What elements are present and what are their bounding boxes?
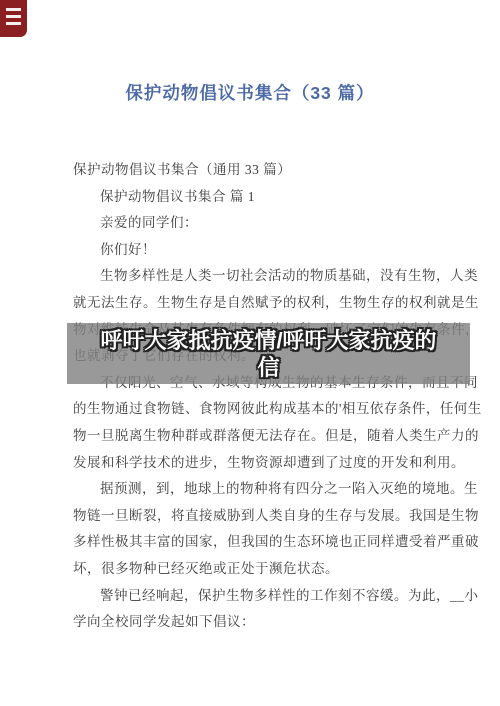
document-line: 的生物通过食物链、食物网彼此构成基本的'相互依存条件，任何生: [73, 396, 465, 423]
document-line: 物一旦脱离生物种群或群落便无法存在。但是，随着人类生产力的: [73, 423, 465, 450]
document-line: 保护动物倡议书集合（通用 33 篇）: [73, 157, 465, 184]
red-corner-stamp-icon: [0, 0, 27, 37]
document-line: 坏，很多物种已经灭绝或正处于濒危状态。: [73, 556, 465, 583]
overlay-link-banner[interactable]: 呼吁大家抵抗疫情/呼吁大家抗疫的 信: [67, 323, 470, 384]
stamp-text-marks: [6, 8, 21, 29]
document-line: 你们好！: [73, 237, 465, 264]
document-line: 生物多样性是人类一切社会活动的物质基础，没有生物，人类: [73, 263, 465, 290]
document-body: 保护动物倡议书集合（通用 33 篇）保护动物倡议书集合 篇 1亲爱的同学们：你们…: [73, 157, 465, 636]
document-line: 物链一旦断裂，将直接威胁到人类自身的生存与发展。我国是生物: [73, 503, 465, 530]
page-title[interactable]: 保护动物倡议书集合（33 篇）: [0, 80, 500, 105]
overlay-title-line-1: 呼吁大家抵抗疫情/呼吁大家抗疫的: [100, 327, 436, 354]
document-line: 就无法生存。生物生存是自然赋予的权利，生物生存的权利就是生: [73, 290, 465, 317]
document-line: 学向全校同学发起如下倡议：: [73, 609, 465, 636]
document-line: 保护动物倡议书集合 篇 1: [73, 184, 465, 211]
document-line: 据预测，到，地球上的物种将有四分之一陷入灭绝的境地。生: [73, 476, 465, 503]
document-line: 多样性极其丰富的国家，但我国的生态环境也正同样遭受着严重破: [73, 529, 465, 556]
overlay-title-line-2: 信: [257, 354, 279, 381]
document-line: 亲爱的同学们：: [73, 210, 465, 237]
document-line: 警钟已经响起，保护生物多样性的工作刻不容缓。为此，__小: [73, 583, 465, 610]
document-line: 发展和科学技术的进步，生物资源却遭到了过度的开发和利用。: [73, 450, 465, 477]
